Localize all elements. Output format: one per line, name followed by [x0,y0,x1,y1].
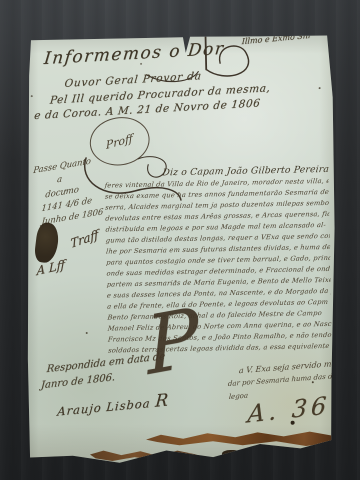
body-text: Diz o Capam João Gilberto Pereira Al-fer… [104,163,332,357]
salutation: Illmo e Exmo Snr [242,31,312,46]
rubric-1: Traff [70,227,99,251]
manuscript-paper: Illmo e Exmo Snr Informemos o Dor Ouvor … [26,32,338,468]
flourished-initial: P [143,297,202,387]
burn-stain-chip [222,450,240,458]
manuscript-content: Illmo e Exmo Snr Informemos o Dor Ouvor … [21,29,342,471]
footer-left-line-2: Janro de 1806. [41,372,116,391]
ink-blot [34,222,61,264]
photograph-background: Illmo e Exmo Snr Informemos o Dor Ouvor … [0,0,360,480]
signature-rubric: R [154,390,169,411]
margin-notes: Passe Quantoadocumo1141 4/6 deJunho de 1… [32,155,104,229]
signature: Araujo Lisboa R [57,390,170,420]
signature-name: Araujo Lisboa [57,396,151,419]
paraph-text: Proff [106,131,133,151]
paper-specks [21,35,23,37]
